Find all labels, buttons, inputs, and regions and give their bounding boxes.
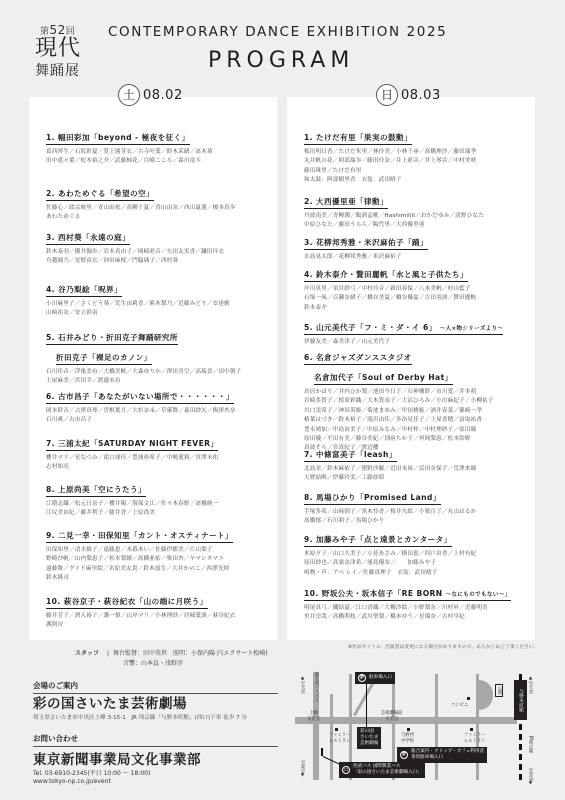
program-title-line2: 名倉加代子「Soul of Derby Hat」 (314, 372, 453, 385)
cast-line: 岩崎多賀子／植原彩織／大木賀南子／大沼ひろみ／小川麻紀子／小柳祐子 (304, 397, 529, 406)
cast-line: 豊永晴加／中島由美子／中原みなみ／中村梓／中村理砂子／原田瞳 (304, 426, 529, 435)
program-title: 10. 野坂公夫・坂本信子「RE BORN 〜なにものでもない〜」 (304, 588, 511, 601)
staff-credits: スタッフ|舞台監督：田中英世 照明：小保内陽子(エクサート松崎) 音響：山本直・… (75, 649, 268, 669)
pointer-line (366, 684, 367, 730)
program-title-line2: 折田克子「裸足のカノン」 (56, 352, 152, 365)
cast-line: 田保知里／清水揚子／遠藤恵／木暮あい／佐藤伊都美／片山葉子 (46, 546, 271, 555)
program-title: 5. 山元美代子「フ・ミ・ダ・イ 6」 〜人×物シリーズより〜 (304, 322, 503, 335)
program-cast: 明尾真弓／磯結夏／江口香織／大槻沙絵／小野梨奈／川村昇／近藤明美 里井崇哉／髙橋… (304, 604, 529, 623)
program-title: 5. 石井みどり・折田克子舞踊研究所 (46, 332, 178, 345)
program-title: 4. 谷乃梨絵「呪界」 (46, 284, 122, 297)
staff-label: スタッフ (75, 650, 99, 657)
program-title: 7. 三浦太紀「SATURDAY NIGHT FEVER」 (46, 438, 218, 451)
contact-tel: Tel. 03-6910-2345(平日 10:00 〜 18:00) (33, 768, 150, 777)
cafe-parking-text: 総合案内・クリップ・カフェ利用者 専用駐車場入口 (411, 749, 484, 761)
cast-line: 遠藤舞／グイド麻里絵／名原美友貴／鈴木瑶生／大井かのこ／西澤光時 (46, 565, 271, 574)
program-item: 8. 上原尚美「空にうたう」 江積志織／松元日奈子／櫻井陽／海保文江／佐々木春野… (46, 477, 271, 519)
program-cast: 江積志織／松元日奈子／櫻井陽／海保文江／佐々木春野／髙橋純一 江尻美由紀／藤井利… (46, 500, 271, 519)
map-road-diagonal (353, 680, 376, 716)
cast-line: 北島栄／鈴木麻依子／猪野沙羅／近田未裕／冨田奈保子／荒澤来瞳 (304, 465, 529, 474)
program-cast: 藤井芳子／酒入裕子／護一慎／山岸マリ／小林理紗／居城愛凛／萩谷紀衣 護阿房 (46, 612, 271, 631)
logo-sub: 舞踊展 (35, 64, 80, 79)
program-item: 6. 古市昌子「あなたがいない場所で・・・・・・」 岡本鈴音／古澤真琴／曽根葉月… (46, 384, 271, 426)
label-line: レストラン (329, 739, 350, 745)
cast-line: 小川麻里子／さくどう葵／荒生由莉香／熊木梨乃／近藤みどり／安達雅 (46, 300, 271, 309)
label-line: 交差点 (381, 717, 402, 723)
cast-line: 岡本鈴音／古澤真琴／曽根葉月／大杉奈未／草薙舞／森田紗矢／梅澤杏奈 (46, 407, 271, 416)
parking-entrance-box: P 駐車場入口 (355, 672, 395, 684)
restaurant-marker (470, 728, 473, 731)
to-akabane-label: 至赤羽▼ (527, 768, 533, 786)
jr-line-label: JR埼京線 (527, 736, 533, 753)
program-cast: 田保知里／清水揚子／遠藤恵／木暮あい／佐藤伊都美／片山葉子 野崎沙帆／山内梨恵子… (46, 546, 271, 584)
program-cast: 北島栄／鈴木麻依子／猪野沙羅／近田未裕／冨田奈保子／荒澤来瞳 天野結唯／伊藤玲実… (304, 465, 529, 484)
cast-line: 葛西澪生／石坂彩夏／筧王園芽衣／古寺叶愛／鈴木茉緒／髙木葵 (46, 148, 271, 157)
cast-line: 志村知亮 (46, 463, 271, 472)
program-item: 1. たけだ有里「果実の鼓動」 板垣明日香／たけだ朱里／林伶美／小林千尋／髙橋理… (304, 125, 529, 186)
staff-line2: 音響：山本直・浅野淳 (75, 659, 268, 669)
cast-line: あわためぐる (46, 213, 271, 222)
program-title-suffix: 〜人×物シリーズより〜 (440, 326, 504, 332)
program-title: 2. あわためぐる「希望の空」 (46, 188, 154, 201)
program-item: 10. 萩谷京子・萩谷紀衣「山の端に月咲う」 藤井芳子／酒入裕子／護一慎／山岸マ… (46, 589, 271, 631)
to-tokyo-label: 至東京▼ (299, 760, 305, 778)
program-title: 6. 名倉ジャズダンススタジオ (304, 352, 412, 365)
label-line: 「彩の国さいたま芸術劇場入口」 (353, 770, 422, 776)
cast-line: 川口実希子／神田英姫／菊池まゆみ／甲田桃姫／酒井春菜／篠崎一孝 (304, 407, 529, 416)
cast-line: 舟越瑀乃／星野由衣／沖田麻桜／門脇瑀子／西村葵 (46, 257, 271, 266)
bus-stop-text: 西武バス 国際興業バス 「彩の国さいたま芸術劇場入口」 (353, 764, 422, 776)
label-line: 芸術劇場 (360, 741, 378, 747)
label-line: 専用駐車場入口 (411, 755, 484, 761)
program-item: 9. 加藤みや子「点と遠景とカンタータ」 木原夕子／山口久美子／立花あさみ／横田… (304, 527, 529, 578)
cast-line: 和太鼓：阿部樹里香 衣装：武田晴子 (304, 176, 529, 185)
venue-name: 彩の国さいたま芸術劇場 (33, 692, 187, 712)
program-item: 2. あわためぐる「希望の空」 佐藤心／政宗映里／青山由依／高柳千夏／青山由奈／… (46, 181, 271, 223)
label-line: 交差点 (307, 717, 320, 723)
label-line: 芸術劇場前 (381, 711, 402, 717)
cast-line: 藤井芳子／酒入裕子／護一慎／山岸マリ／小林理紗／居城愛凛／萩谷紀衣 (46, 612, 271, 621)
program-cast: 岸川英里／須貝紗弓／中村玲音／新田春保／八木美帆／村山藍子 石塚一凪／百瀬奈緒子… (304, 285, 529, 313)
program-cast: 岡本鈴音／古澤真琴／曽根葉月／大杉奈未／草薙舞／森田紗矢／梅澤杏奈 石川爽／古市… (46, 407, 271, 426)
cast-line: 手塚多希／山﨑則子／黒木怜香／桜井矢絵／小栗百子／丸山はるか (304, 508, 529, 517)
cast-line: 鳥居かほり／井内ひか梨／池田今日子／石神珊鈴／市川愛／井本萌 (304, 388, 529, 397)
program-item: 8. 馬場ひかり「Promised Land」 手塚多希／山﨑則子／黒木怜香／桜… (304, 485, 529, 527)
convenience-marker (467, 697, 470, 700)
bypass-label: 新大宮バイパス (313, 672, 319, 702)
program-item: 5. 石井みどり・折田克子舞踊研究所 折田克子「裸足のカノン」 石川佳音／浮亀美… (46, 325, 271, 387)
bus-stop-pole-icon (321, 748, 323, 756)
program-cast: 丹波南美／青柳潤／飯酒盃桃／Hashimilili／おかだゆみ／清野ひなた 中原… (304, 212, 529, 231)
contact-website-link[interactable]: www.tokyo-np.co.jp/event (33, 778, 111, 785)
cast-line: 江尻美由紀／藤井利子／藤井香／上原尚美 (46, 509, 271, 518)
cast-line: 髙橋郁／石川莉子／馬場ひかり (304, 517, 529, 526)
cast-line: 櫻井マリ／星なつみ／滝口凛佳／豊浦亜希子／中嶋愛莉／宮澤未佑 (46, 454, 271, 463)
program-cast: 鈴木泰羽／横井伽歩／岩本真由子／岡崎彩音／矢田友実香／鎌田玲衣 舟越瑀乃／星野由… (46, 248, 271, 267)
program-title: 10. 萩谷京子・萩谷紀衣「山の端に月咲う」 (46, 596, 208, 609)
cast-line: 椿葉はづき／鈴木裕子／滝沢由佳／多治見佳子／土屋香穂／富取祐香 (304, 416, 529, 425)
program-title: 9. 加藤みや子「点と遠景とカンタータ」 (304, 534, 452, 547)
cast-line: 鈴木泰介 (304, 304, 529, 313)
program-title: 8. 上原尚美「空にうたう」 (46, 484, 146, 497)
program-cast: 手塚多希／山﨑則子／黒木怜香／桜井矢絵／小栗百子／丸山はるか 髙橋郁／石川莉子／… (304, 508, 529, 527)
map-road-horizontal (295, 717, 517, 724)
staff-line1: 舞台監督：田中英世 照明：小保内陽子(エクサート松崎) (113, 650, 268, 657)
program-item: 4. 谷乃梨絵「呪界」 小川麻里子／さくどう葵／荒生由莉香／熊木梨乃／近藤みどり… (46, 277, 271, 319)
cast-line: 岸川英里／須貝紗弓／中村玲音／新田春保／八木美帆／村山藍子 (304, 285, 529, 294)
program-item: 3. 花柳邦秀雅・米沢麻佑子「踊」 水島晃太郎／花柳邦秀雅／米沢麻佑子 (304, 230, 529, 262)
theater-intersection: 芸術劇場前 交差点 (381, 711, 402, 722)
program-title: 3. 西村葵「永遠の庭」 (46, 232, 130, 245)
program-item: 7. 中條富美子「leash」 北島栄／鈴木麻依子／猪野沙羅／近田未裕／冨田奈保… (304, 442, 529, 484)
program-title: 1. 幅田彩加「beyond - 極夜を征く」 (46, 132, 190, 145)
day2-program-list: 1. たけだ有里「果実の鼓動」 板垣明日香／たけだ朱里／林伶美／小林千尋／髙橋理… (287, 97, 535, 640)
cast-line: 丹波南美／青柳潤／飯酒盃桃／Hashimilili／おかだゆみ／清野ひなた (304, 212, 529, 221)
program-cast: 水島晃太郎／花柳邦秀雅／米沢麻佑子 (304, 253, 529, 262)
venue-map-marker: 彩の国 さいたま 芸術劇場 (357, 727, 381, 749)
staff-separator: | (107, 650, 109, 657)
cast-line: 里井崇哉／髙橋利枝／武川聖梨／橋本ゆう／星瑠奈／吉村早紀 (304, 613, 529, 622)
cast-line: 佐藤心／政宗映里／青山由依／高柳千夏／青山由奈／西山夏蓮／榎本真歩 (46, 204, 271, 213)
cast-line: 藤田珠里／たけだ有里 (304, 167, 529, 176)
parking-entrance-label: 駐車場入口 (369, 675, 392, 681)
program-item: 10. 野坂公夫・坂本信子「RE BORN 〜なにものでもない〜」 明尾真弓／磯… (304, 581, 529, 623)
cast-line: 江積志織／松元日奈子／櫻井陽／海保文江／佐々木春野／髙橋純一 (46, 500, 271, 509)
cast-line: 山﨑祐奈／安立彩南 (46, 309, 271, 318)
cast-line: 木原夕子／山口久美子／立花あさみ／横田恵／四戸由香／上村有紀 (304, 550, 529, 559)
program-cast: 小川麻里子／さくどう葵／荒生由莉香／熊木梨乃／近藤みどり／安達雅 山﨑祐奈／安立… (46, 300, 271, 319)
park-shape (479, 680, 493, 710)
cast-line: 鈴木泰羽／横井伽歩／岩本真由子／岡崎彩音／矢田友実香／鎌田玲衣 (46, 248, 271, 257)
access-map: 公園 与野本町駅 JR埼京線 至赤羽▼ ▲至大宮 ▲至大宮 至東京▼ 新大宮バイ… (295, 660, 535, 785)
yono-west-school: 与野西 中学校 (401, 733, 414, 744)
label-line: 中学校 (401, 739, 414, 745)
convenience-label: コンビニ (451, 703, 468, 709)
family-restaurant-right: ファミリー レストラン (464, 733, 485, 744)
program-cast: 櫻井マリ／星なつみ／滝口凛佳／豊浦亜希子／中嶋愛莉／宮澤未佑 志村知亮 (46, 454, 271, 473)
program-cast: 板垣明日香／たけだ朱里／林伶美／小林千尋／髙橋理沙／藤田瑞季 丸井帆の花／阿部瑞… (304, 148, 529, 186)
map-road (435, 674, 438, 780)
program-cast: 葛西澪生／石坂彩夏／筧王園芽衣／古寺叶愛／鈴木茉緒／髙木葵 田中遥々葉／松本裕之… (46, 148, 271, 167)
program-title: 8. 馬場ひかり「Promised Land」 (304, 492, 441, 505)
program-title-main: 10. 野坂公夫・坂本信子「RE BORN (304, 589, 443, 598)
program-title: 1. たけだ有里「果実の鼓動」 (304, 132, 412, 145)
label-line: 与野西 (401, 733, 414, 739)
park-label: 公園 (495, 684, 503, 697)
program-cast: 木原夕子／山口久美子／立花あさみ／横田恵／四戸由香／上村有紀 原田紗也／髙桑奈津… (304, 550, 529, 578)
cast-line: 野崎沙帆／山内梨恵子／松本梨緒／髙橋亜佑／柴田杏／ヤマシタマユ (46, 555, 271, 564)
school-marker (407, 728, 410, 731)
program-item: 2. 大西優里亜「律動」 丹波南美／青柳潤／飯酒盃桃／Hashimilili／お… (304, 189, 529, 231)
restaurant-marker (335, 728, 338, 731)
label-line: ファミリー (329, 733, 350, 739)
disclaimer-note: ※作品タイトル、出演者は変更になる場合がありますので、あらかじめご了承ください。 (348, 643, 539, 650)
program-title: 2. 大西優里亜「律動」 (304, 196, 388, 209)
cast-line: 板垣明日香／たけだ朱里／林伶美／小林千尋／髙橋理沙／藤田瑞季 (304, 148, 529, 157)
cast-line: 丸井帆の花／阿部瑞歩／藤田玲奈／井上彩音／井上琴音／中村美咲 (304, 157, 529, 166)
station-label: 与野本町駅 (514, 680, 527, 720)
family-restaurant-left: ファミリー レストラン (329, 733, 350, 744)
venue-address: 埼玉県さいたま市中央区上峰 3-15-1 JR 埼京線「与野本町駅」(西口)下車… (33, 713, 247, 721)
kamimine-intersection: 上峰 交差点 (307, 711, 320, 722)
page-title-program: PROGRAM (208, 48, 354, 73)
cast-line: 石塚一凪／百瀬奈緒子／橋谷美夏／橋谷優夏／吉田羽凛／贄田麗帆 (304, 294, 529, 303)
contact-name: 東京新聞事業局文化事業部 (33, 748, 201, 768)
edition-num: 52 (50, 23, 66, 37)
cafe-parking-box: P 総合案内・クリップ・カフェ利用者 専用駐車場入口 (397, 747, 487, 763)
cast-line: 石川佳音／浮亀美有／大橋美帆／大森ゆりか／澤田青空／高瑞喜／田中朝子 (46, 368, 271, 377)
program-title: 3. 花柳邦秀雅・米沢麻佑子「踊」 (304, 237, 428, 250)
cast-line: 天野結唯／伊藤玲実／工藤紗耶 (304, 474, 529, 483)
edition-number: 第52回 (40, 23, 75, 37)
to-omiya-right-label: ▲至大宮 (527, 676, 533, 694)
program-title-main: 5. 山元美代子「フ・ミ・ダ・イ 6」 (304, 323, 437, 332)
cast-line: 護阿房 (46, 621, 271, 630)
parking-icon: P (358, 674, 366, 682)
cast-line: 石川爽／古市昌子 (46, 416, 271, 425)
program-item: 1. 幅田彩加「beyond - 極夜を征く」 葛西澪生／石坂彩夏／筧王園芽衣／… (46, 125, 271, 167)
program-item: 3. 西村葵「永遠の庭」 鈴木泰羽／横井伽歩／岩本真由子／岡崎彩音／矢田友実香／… (46, 225, 271, 267)
label-line: ファミリー (464, 733, 485, 739)
day1-program-list: 1. 幅田彩加「beyond - 極夜を征く」 葛西澪生／石坂彩夏／筧王園芽衣／… (29, 97, 277, 640)
cast-line: 鳴物・声：アベ レイ／佐藤真理子 衣装：武田晴子 (304, 569, 529, 578)
program-title: 6. 古市昌子「あなたがいない場所で・・・・・・」 (46, 391, 234, 404)
cast-line: 水島晃太郎／花柳邦秀雅／米沢麻佑子 (304, 253, 529, 262)
program-cast: 佐藤心／政宗映里／青山由依／高柳千夏／青山由奈／西山夏蓮／榎本真歩 あわためぐる (46, 204, 271, 223)
cast-line: 鈴木隆司 (46, 574, 271, 583)
cast-line: 田中遥々葉／松本裕之介／武藤柚花／目崎こころ／森川竜斗 (46, 157, 271, 166)
program-title: 9. 二見一幸・田保知里「カント・オスティナート」 (46, 530, 233, 543)
bus-stop-box: ▭ 西武バス 国際興業バス 「彩の国さいたま芸術劇場入口」 (339, 762, 425, 778)
program-title: 7. 中條富美子「leash」 (304, 449, 397, 462)
contact-section-label: お問い合わせ (33, 733, 278, 747)
page-title-en: CONTEMPORARY DANCE EXHIBITION 2025 (108, 24, 447, 40)
program-title-suffix: 〜なにものでもない〜」 (446, 592, 511, 598)
program-item: 5. 山元美代子「フ・ミ・ダ・イ 6」 〜人×物シリーズより〜 伊藤友美／森美津… (304, 315, 529, 347)
bus-icon: ▭ (342, 766, 350, 774)
program-item: 4. 鈴木泰介・贄田麗帆「水と風と子供たち」 岸川英里／須貝紗弓／中村玲音／新田… (304, 262, 529, 313)
label-line: レストラン (464, 739, 485, 745)
logo-main: 現代 (35, 38, 81, 60)
parking-icon: P (400, 751, 408, 759)
to-omiya-left-label: ▲至大宮 (299, 676, 305, 694)
program-item: 6. 名倉ジャズダンススタジオ 名倉加代子「Soul of Derby Hat」… (304, 345, 529, 454)
program-title: 4. 鈴木泰介・贄田麗帆「水と風と子供たち」 (304, 269, 468, 282)
program-item: 9. 二見一幸・田保知里「カント・オスティナート」 田保知里／清水揚子／遠藤恵／… (46, 523, 271, 584)
cast-line: 明尾真弓／磯結夏／江口香織／大槻沙絵／小野梨奈／川村昇／近藤明美 (304, 604, 529, 613)
cast-line: 原田紗也／髙桑奈津希／浦島優奈／ 加藤みや子 (304, 559, 529, 568)
program-item: 7. 三浦太紀「SATURDAY NIGHT FEVER」 櫻井マリ／星なつみ／… (46, 431, 271, 473)
label-line: 上峰 (307, 711, 320, 717)
